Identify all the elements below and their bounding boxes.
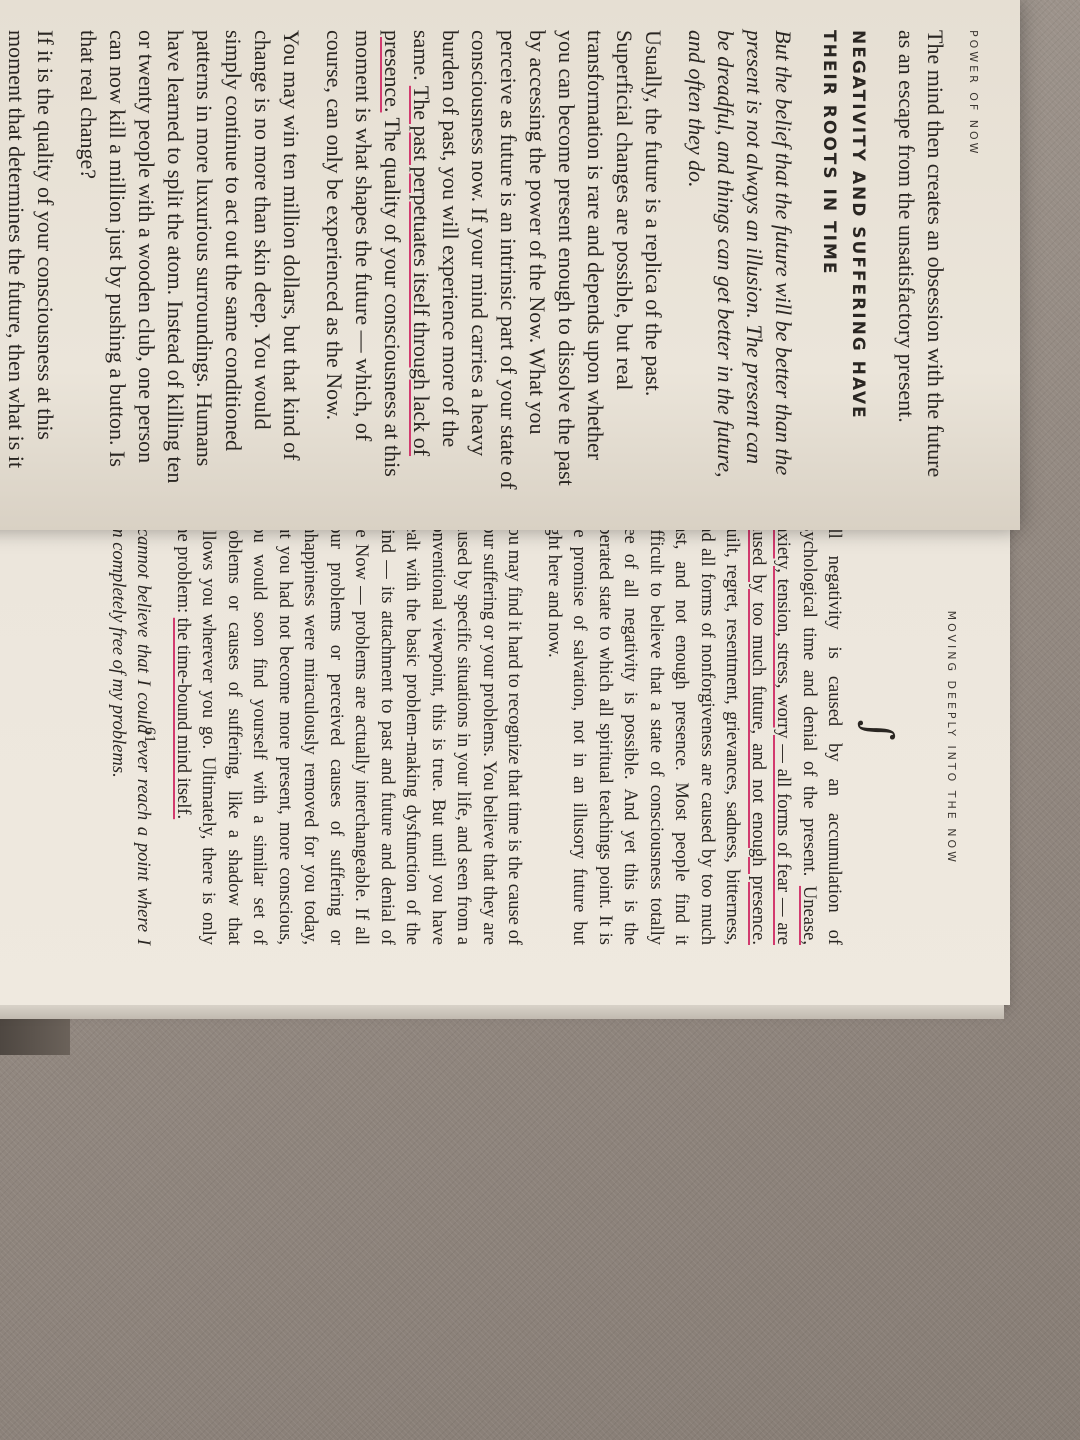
left-page-body: The mind then creates an obsession with … xyxy=(0,30,950,490)
paragraph: The mind then creates an obsession with … xyxy=(892,30,950,490)
running-head-right: Moving Deeply into the Now xyxy=(945,611,958,865)
pen-underline: the time-bound mind itself. xyxy=(173,618,193,819)
open-book: Moving Deeply into the Now ∫ All negativ… xyxy=(0,0,1080,1440)
page-number: 61 xyxy=(140,727,158,743)
page-block-edge xyxy=(0,1005,1004,1019)
running-head-left: Power of Now xyxy=(967,30,980,157)
section-ornament-icon: ∫ xyxy=(865,515,891,945)
right-page: Moving Deeply into the Now ∫ All negativ… xyxy=(0,465,1010,1005)
paragraph: You may win ten million dollars, but tha… xyxy=(74,30,306,490)
section-heading: Negativity and Suffering Have Their Root… xyxy=(814,30,872,490)
paragraph: All negativity is caused by an accumulat… xyxy=(541,515,847,945)
photo-scene: Moving Deeply into the Now ∫ All negativ… xyxy=(0,0,1080,1440)
question-paragraph: But the belief that the future will be b… xyxy=(682,30,798,490)
paragraph: If it is the quality of your consciousne… xyxy=(0,30,60,490)
paragraph: You may find it hard to recognize that t… xyxy=(170,515,527,945)
paragraph: Usually, the future is a replica of the … xyxy=(320,30,668,490)
right-page-body: ∫ All negativity is caused by an accumul… xyxy=(91,515,891,945)
left-page: Power of Now The mind then creates an ob… xyxy=(0,0,1020,530)
